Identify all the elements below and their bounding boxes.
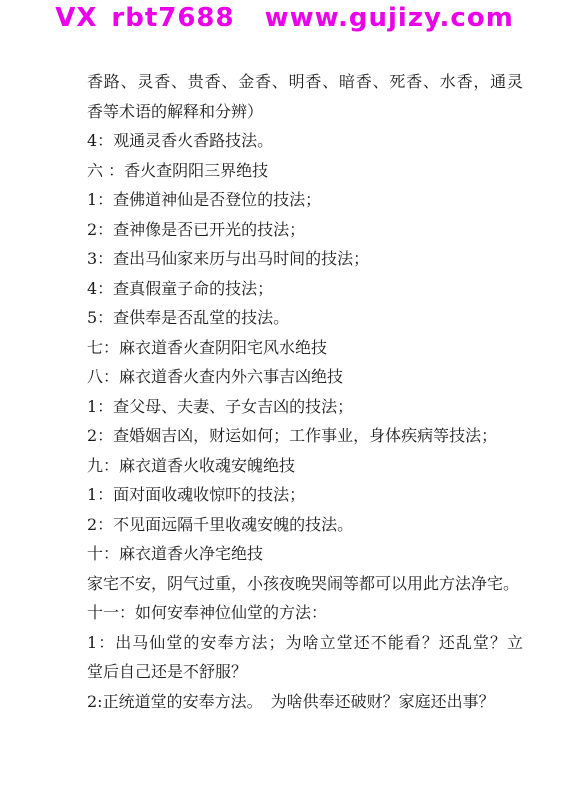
text-line: 4：查真假童子命的技法；	[87, 274, 523, 304]
watermark-website-url: www.gujizy.com	[265, 3, 514, 33]
text-line: 5：查供奉是否乱堂的技法。	[87, 303, 523, 333]
watermark-vx-label: VX	[55, 3, 97, 33]
text-line: 3：查出马仙家来历与出马时间的技法；	[87, 244, 523, 274]
text-line: 六 ：香火查阴阳三界绝技	[87, 156, 523, 186]
document-page: VX rbt7688 www.gujizy.com 香路、灵香、贵香、金香、明香…	[0, 0, 569, 792]
text-line: 2：查神像是否已开光的技法；	[87, 215, 523, 245]
text-line: 2:正统道堂的安奉方法。 为啥供奉还破财？家庭还出事？	[87, 687, 523, 717]
text-line: 八：麻衣道香火查内外六事吉凶绝技	[87, 362, 523, 392]
text-line: 2：不见面远隔千里收魂安魄的技法。	[87, 510, 523, 540]
text-line: 1：查父母、夫妻、子女吉凶的技法；	[87, 392, 523, 422]
text-line: 1：查佛道神仙是否登位的技法；	[87, 185, 523, 215]
text-line: 1：出马仙堂的安奉方法；为啥立堂还不能看？还乱堂？立	[87, 628, 523, 658]
text-line: 十一：如何安奉神位仙堂的方法：	[87, 598, 523, 628]
text-line: 九：麻衣道香火收魂安魄绝技	[87, 451, 523, 481]
text-line: 香等术语的解释和分辨）	[87, 97, 523, 127]
text-line: 1：面对面收魂收惊吓的技法；	[87, 480, 523, 510]
watermark-header: VX rbt7688 www.gujizy.com	[0, 3, 569, 33]
watermark-contact-id: rbt7688	[111, 3, 234, 33]
text-line: 堂后自己还是不舒服？	[87, 657, 523, 687]
text-line: 香路、灵香、贵香、金香、明香、暗香、死香、水香，通灵	[87, 67, 523, 97]
text-line: 4：观通灵香火香路技法。	[87, 126, 523, 156]
text-line: 2：查婚姻吉凶，财运如何；工作事业，身体疾病等技法；	[87, 421, 523, 451]
document-body: 香路、灵香、贵香、金香、明香、暗香、死香、水香，通灵 香等术语的解释和分辨） 4…	[87, 67, 523, 716]
text-line: 十：麻衣道香火净宅绝技	[87, 539, 523, 569]
text-line: 家宅不安，阴气过重，小孩夜晚哭闹等都可以用此方法净宅。	[87, 569, 523, 599]
text-line: 七：麻衣道香火查阴阳宅风水绝技	[87, 333, 523, 363]
